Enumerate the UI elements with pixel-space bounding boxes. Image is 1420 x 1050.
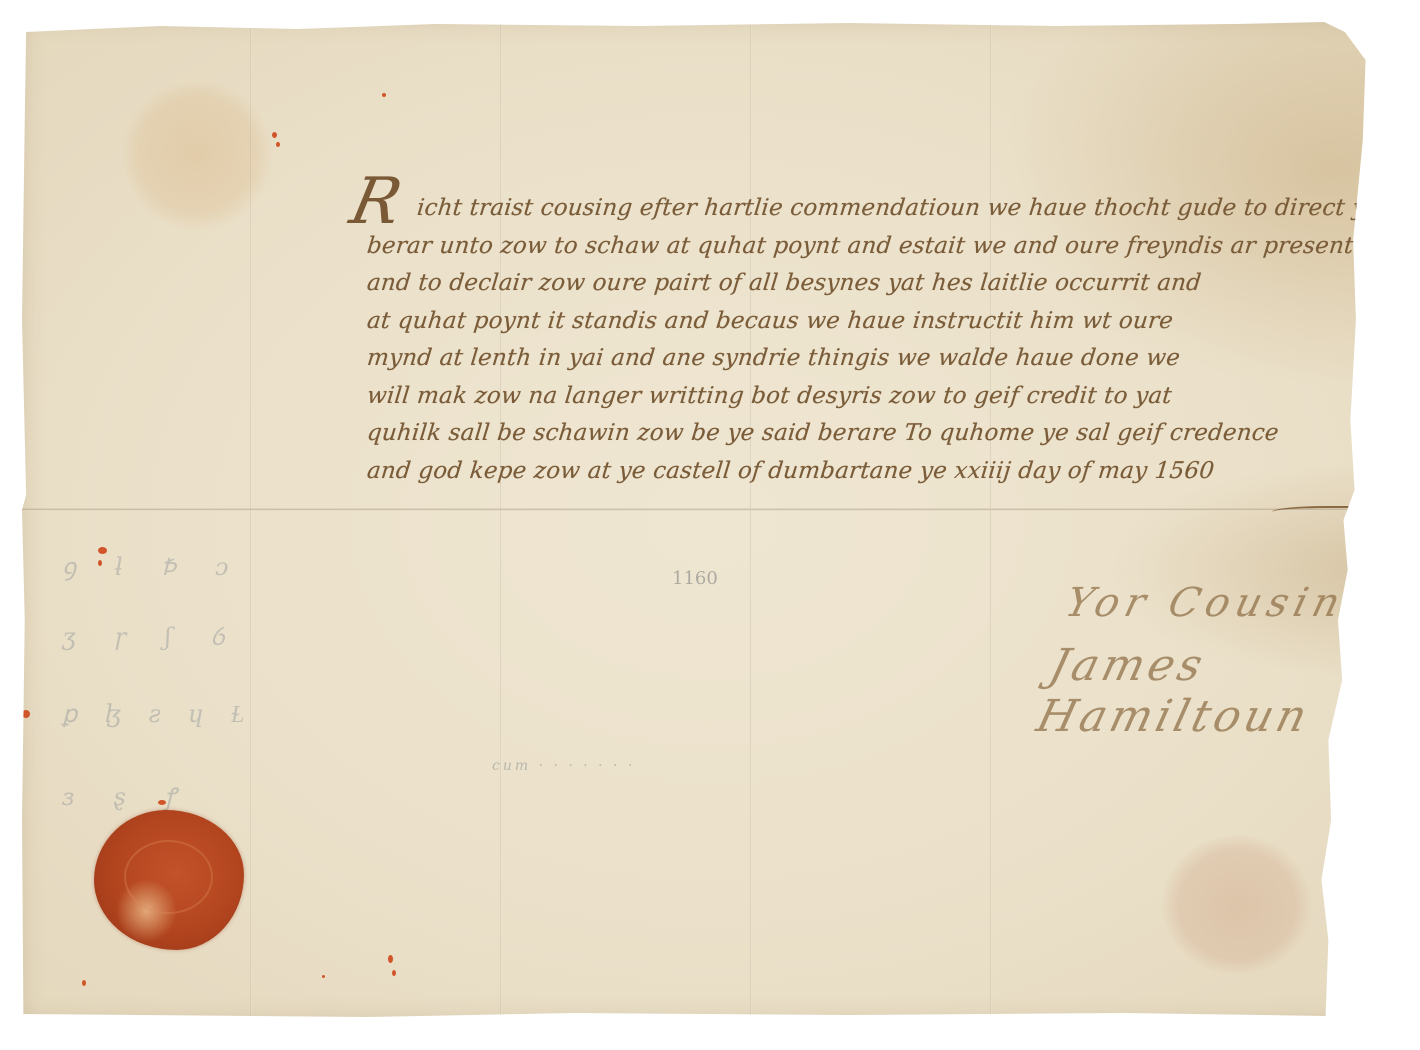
offset-ink-ghost: ꝑ ɮ ƨ ɥ Ɫ (62, 700, 248, 729)
offset-ink-ghost: ɜ ȿ ꝭ (62, 780, 180, 813)
vertical-fold-crease (750, 20, 752, 1020)
wax-speck (22, 710, 30, 718)
letter-line: berar unto zow to schaw at quhat poynt a… (365, 228, 1399, 266)
wax-speck (276, 142, 280, 147)
signature-valediction: Yor Cousing (1057, 580, 1412, 640)
wax-speck (82, 980, 86, 986)
signature-block: Yor Cousing James Hamiltoun (1032, 580, 1412, 742)
letter-line: and god kepe zow at ye castell of dumbar… (365, 453, 1399, 491)
letter-line: quhilk sall be schawin zow be ye said be… (365, 415, 1399, 453)
wax-speck (322, 975, 325, 978)
seal-impression (124, 840, 213, 914)
red-wax-seal (94, 810, 244, 950)
pencil-catalogue-number: 1160 (672, 568, 718, 589)
letter-line: and to declair zow oure pairt of all bes… (365, 265, 1399, 303)
signature-name: James Hamiltoun (1032, 640, 1397, 742)
vertical-fold-crease (990, 20, 992, 1020)
offset-ink-ghost: ʒ ɼ ʃ ỽ (62, 620, 228, 653)
faint-pencil-note: cum · · · · · · · (492, 758, 635, 774)
letter-line: mynd at lenth in yai and ane syndrie thi… (365, 340, 1399, 378)
offset-ink-ghost: ꝯ ƚ Ꝥ ɔ (62, 550, 232, 583)
vertical-fold-crease (500, 20, 502, 1020)
wax-speck (392, 970, 396, 976)
letter-line: at quhat poynt it standis and becaus we … (365, 303, 1399, 341)
letter-line: will mak zow na langer writting bot desy… (365, 378, 1399, 416)
document-photo: ꝯ ƚ Ꝥ ɔ ʒ ɼ ʃ ỽ ꝑ ɮ ƨ ɥ Ɫ ɜ ȿ ꝭ 1160 cum… (0, 0, 1420, 1050)
letter-body: R icht traist cousing efter hartlie comm… (367, 190, 1397, 490)
wax-speck (272, 132, 277, 138)
water-stain (122, 80, 272, 230)
wax-speck (388, 955, 393, 963)
seal-residue-stain (1162, 835, 1312, 975)
paper-sheet: ꝯ ƚ Ꝥ ɔ ʒ ɼ ʃ ỽ ꝑ ɮ ƨ ɥ Ɫ ɜ ȿ ꝭ 1160 cum… (22, 20, 1400, 1020)
date-flourish (1272, 506, 1382, 518)
horizontal-fold-crease (22, 508, 1400, 511)
wax-speck (382, 93, 386, 97)
letter-line: icht traist cousing efter hartlie commen… (365, 190, 1399, 228)
